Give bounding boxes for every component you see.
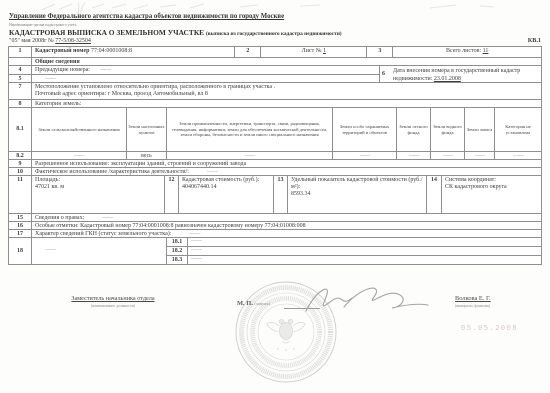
- cadastral-value-cell: Кадастровая стоимость (руб.): 404067440.…: [178, 176, 273, 213]
- cadastral-value-label: Кадастровая стоимость (руб.):: [182, 177, 270, 184]
- cadastral-number-label: Кадастровый номер: [35, 48, 91, 54]
- row-number: 13: [273, 176, 287, 213]
- previous-numbers-value: ——: [100, 67, 110, 73]
- table-row-5: 5 ——: [9, 74, 379, 83]
- cadastral-table: 1 Кадастровый номер 77:04:0001008:8 2 Ли…: [8, 46, 542, 265]
- row-number: 17: [9, 230, 31, 237]
- total-sheets-value: 11: [483, 48, 489, 54]
- category-col-forest: Земли лесного фонда: [396, 108, 430, 151]
- table-row-permitted-use: 9 Разрешенное использование: эксплуатаци…: [9, 159, 541, 167]
- coordinate-system-label: Система координат:: [445, 177, 538, 184]
- row-18-value: ——: [45, 247, 55, 254]
- category-col-agricultural: Земли сельскохозяйственного назначения: [31, 108, 126, 151]
- table-row-previous-numbers: 4 Предыдущие номера:——: [9, 66, 379, 74]
- area-label: Площадь:: [35, 177, 161, 184]
- table-row-location: 7 Местоположение установлено относительн…: [9, 82, 541, 99]
- position-note: (наименование должности): [48, 304, 178, 308]
- org-name-note: Наименование органа кадастрового учета: [9, 23, 76, 27]
- category-val-settlements: весь: [126, 152, 166, 159]
- previous-numbers-cell: Предыдущие номера:——: [31, 66, 379, 74]
- location-line2: Почтовый адрес ориентира: г Москва, прое…: [35, 91, 538, 98]
- row-18-3-value: ——: [191, 256, 201, 263]
- permitted-use-label: Разрешенное использование: эксплуатации …: [31, 160, 541, 167]
- org-name: Управление Федерального агентства кадаст…: [9, 13, 284, 20]
- actual-use-value: ——: [207, 169, 217, 175]
- actual-use-cell: Фактическое использование /характеристик…: [31, 168, 541, 175]
- category-val-forest: ——: [396, 152, 430, 159]
- form-code: КВ.1: [528, 37, 541, 44]
- table-rows-11-14: 11 Площадь: 47021 кв. м 12 Кадастровая с…: [9, 175, 541, 213]
- row-5-value: ——: [45, 76, 55, 82]
- row-18-1-value: ——: [191, 238, 201, 245]
- category-val-reserve: ——: [464, 152, 494, 159]
- position-block: Заместитель начальника отдела (наименова…: [48, 295, 178, 308]
- signer-note: (инициалы, фамилия): [455, 304, 535, 308]
- location-cell: Местоположение установлено относительно …: [31, 83, 541, 99]
- registration-date-value: 23.01.2008: [434, 76, 461, 82]
- total-sheets-cell: Всего листов: 11: [392, 47, 541, 57]
- row-18-2-value: ——: [191, 247, 201, 254]
- doc-number: 77-5/08-32504: [55, 38, 91, 44]
- row-number: 14: [426, 176, 441, 213]
- specific-indicator-value: 8593.34: [291, 191, 423, 198]
- seal-dots: [277, 348, 295, 351]
- table-row-gkn-status: 17 Характер сведений ГКН (статус земельн…: [9, 229, 541, 237]
- area-value: 47021 кв. м: [35, 184, 161, 191]
- row-number: 8.2: [9, 152, 31, 159]
- row-5-cell: ——: [31, 75, 379, 83]
- category-col-settlements: Земли населенных пунктов: [126, 108, 166, 151]
- previous-numbers-label: Предыдущие номера:: [35, 67, 90, 73]
- table-row-18: 18 —— 18.1 —— 18.2 —— 18.3 ——: [9, 237, 541, 264]
- table-row-special-notes: 16 Особые отметки: Кадастровый номер 77:…: [9, 221, 541, 229]
- row-18-3-cell: ——: [187, 256, 541, 264]
- gkn-status-value: ——: [189, 231, 199, 237]
- rights-cell: Сведения о правах:——: [31, 214, 541, 221]
- gkn-status-cell: Характер сведений ГКН (статус земельного…: [31, 230, 541, 237]
- signer-block: Волкова Е. Г. (инициалы, фамилия): [455, 295, 535, 308]
- row-number: 10: [9, 168, 31, 175]
- cadastral-number-cell: Кадастровый номер 77:04:0001008:8: [31, 47, 234, 57]
- stamp-place-label: М. П. (подпись): [237, 300, 270, 307]
- row-number: 8: [9, 100, 31, 107]
- coordinate-system-value: СК кадастрового округа: [445, 184, 538, 191]
- doc-title-line: КАДАСТРОВАЯ ВЫПИСКА О ЗЕМЕЛЬНОМ УЧАСТКЕ …: [9, 28, 342, 37]
- handwritten-signature: [300, 281, 435, 326]
- sheet-label: Лист №: [302, 48, 323, 54]
- sheet-cell: Лист № 1: [260, 47, 366, 57]
- rights-value: ——: [102, 215, 112, 221]
- row-18-2-cell: ——: [187, 247, 541, 255]
- gkn-status-label: Характер сведений ГКН (статус земельного…: [35, 231, 171, 237]
- date-stamp: 05.05.2008: [461, 325, 518, 333]
- specific-indicator-label: Удельный показатель кадастровой стоимост…: [291, 177, 423, 191]
- table-row-land-category: 8 Категория земель:: [9, 99, 541, 107]
- category-val-not-set: ——: [494, 152, 541, 159]
- row-18-cell: ——: [31, 238, 166, 264]
- special-notes-label: Особые отметки: Кадастровый номер 77:04:…: [31, 222, 541, 229]
- cadastral-number-value: 77:04:0001008:8: [91, 48, 132, 54]
- row-number: 4: [9, 66, 31, 74]
- category-col-not-set: Категория не установлена: [494, 108, 541, 151]
- total-sheets-label: Всего листов:: [446, 48, 483, 54]
- doc-date-line: "05" мая 2008г № 77-5/08-32504: [9, 38, 91, 44]
- table-row-rights: 15 Сведения о правах:——: [9, 213, 541, 221]
- category-val-water: ——: [430, 152, 464, 159]
- row-number: 3: [366, 47, 392, 57]
- cadastral-value-amount: 404067440.14: [182, 184, 270, 191]
- category-val-agricultural: ——: [31, 152, 126, 159]
- registration-date-cell: 6 Дата внесения номера в государственный…: [379, 66, 541, 82]
- row-number: 15: [9, 214, 31, 221]
- row-number: 12: [164, 176, 178, 213]
- table-row-category-values: 8.2 —— весь —— —— —— —— —— ——: [9, 151, 541, 159]
- category-val-industry: ——: [166, 152, 332, 159]
- row-18-subrows: 18.1 —— 18.2 —— 18.3 ——: [166, 238, 541, 264]
- row-number: 8.1: [9, 108, 31, 151]
- table-row-cadastral-number: 1 Кадастровый номер 77:04:0001008:8 2 Ли…: [9, 47, 541, 57]
- specific-indicator-cell: Удельный показатель кадастровой стоимост…: [287, 176, 426, 213]
- doc-date-prefix: "05" мая 2008г №: [9, 38, 55, 44]
- row-number: 6: [382, 71, 385, 79]
- area-cell: Площадь: 47021 кв. м: [31, 176, 164, 213]
- sheet-value: 1: [323, 48, 326, 54]
- row-number: 2: [234, 47, 260, 57]
- land-category-label: Категория земель:: [31, 100, 541, 107]
- rows-4-5-column: 4 Предыдущие номера:—— 5 ——: [9, 66, 379, 82]
- table-row-section: Общие сведения: [9, 57, 541, 65]
- category-col-water: Земли водного фонда: [430, 108, 464, 151]
- row-number: 18: [9, 238, 31, 264]
- table-row-category-headers: 8.1 Земли сельскохозяйственного назначен…: [9, 107, 541, 151]
- table-rows-4-5-6: 4 Предыдущие номера:—— 5 —— 6 Дата внесе…: [9, 65, 541, 82]
- row-number: 1: [9, 47, 31, 57]
- row-number: 5: [9, 75, 31, 83]
- row-number: 7: [9, 83, 31, 99]
- table-row-18-1: 18.1 ——: [167, 238, 541, 246]
- section-title: Общие сведения: [31, 58, 541, 65]
- actual-use-label: Фактическое использование /характеристик…: [35, 169, 189, 175]
- doc-title: КАДАСТРОВАЯ ВЫПИСКА О ЗЕМЕЛЬНОМ УЧАСТКЕ: [9, 28, 204, 37]
- coordinate-system-cell: Система координат: СК кадастрового округ…: [441, 176, 541, 213]
- row-number: 16: [9, 222, 31, 229]
- row-number: 18.3: [167, 256, 187, 264]
- signer-name: Волкова Е. Г.: [455, 295, 535, 302]
- category-col-protected: Земли особо охраняемых территорий и объе…: [332, 108, 396, 151]
- category-col-industry: Земли промышленности, энергетики, трансп…: [166, 108, 332, 151]
- row-number: 18.1: [167, 238, 187, 246]
- row-number: 18.2: [167, 247, 187, 255]
- doc-title-note: (выписка из государственного кадастра не…: [206, 31, 342, 37]
- row-number: 11: [9, 176, 31, 213]
- row-18-1-cell: ——: [187, 238, 541, 246]
- position-title: Заместитель начальника отдела: [48, 295, 178, 302]
- row-number-empty: [9, 58, 31, 65]
- row-number: 9: [9, 160, 31, 167]
- category-val-protected: ——: [332, 152, 396, 159]
- mp-label: М. П.: [237, 300, 253, 307]
- table-row-18-3: 18.3 ——: [167, 255, 541, 264]
- cadastral-extract-page: Управление Федерального агентства кадаст…: [0, 0, 550, 393]
- table-row-18-2: 18.2 ——: [167, 246, 541, 255]
- signature-note: (подпись): [254, 302, 270, 306]
- rights-label: Сведения о правах:: [35, 215, 84, 221]
- table-row-actual-use: 10 Фактическое использование /характерис…: [9, 167, 541, 175]
- category-col-reserve: Земли запаса: [464, 108, 494, 151]
